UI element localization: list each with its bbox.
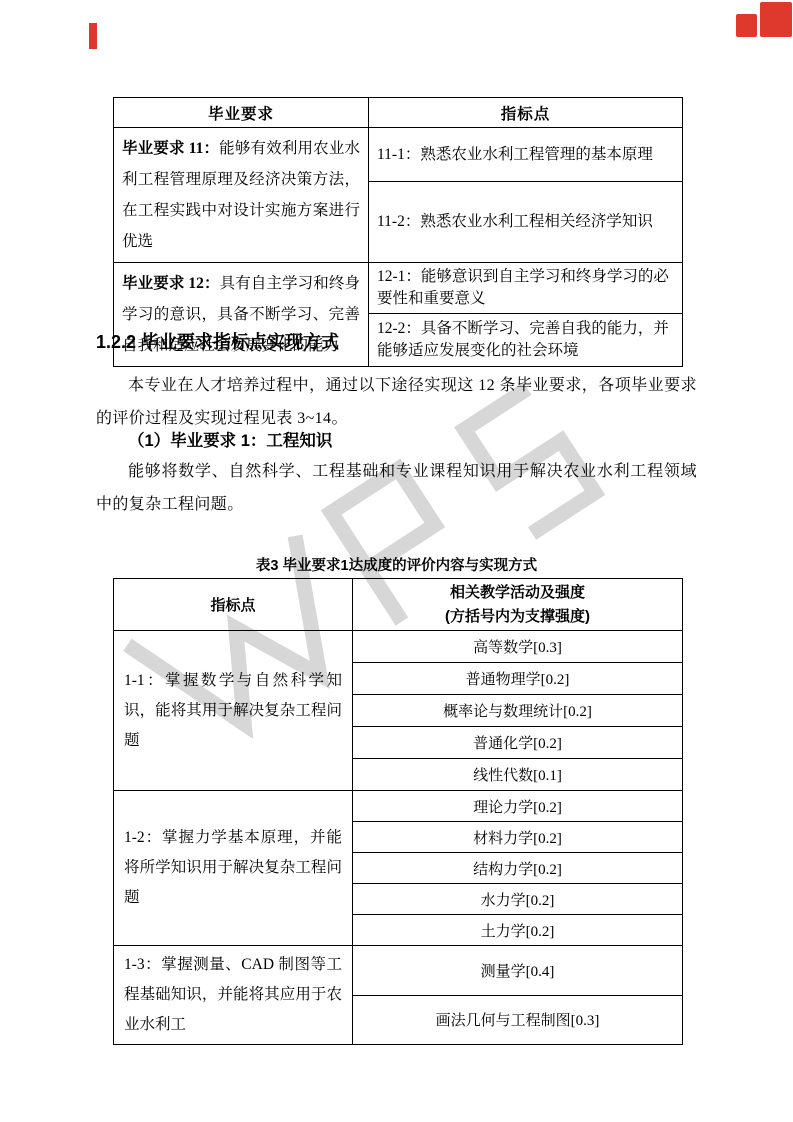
section-paragraph-1: 本专业在人才培养过程中，通过以下途径实现这 12 条毕业要求，各项毕业要求的评价… (96, 369, 697, 435)
top-right-red-mark-large (760, 2, 792, 37)
requirement-label: 毕业要求 11： (122, 140, 219, 157)
requirement-label: 毕业要求 12： (122, 275, 220, 292)
activity-cell: 高等数学[0.3] (353, 631, 683, 663)
activity-cell: 土力学[0.2] (353, 915, 683, 946)
indicator-cell-11-2: 11-2：熟悉农业水利工程相关经济学知识 (369, 182, 683, 263)
activity-cell: 线性代数[0.1] (353, 759, 683, 791)
t2-header-line2: (方括号内为支撑强度) (353, 605, 682, 629)
indicator-cell-1-1: 1-1：掌握数学与自然科学知识，能将其用于解决复杂工程问题 (114, 631, 353, 791)
section-heading: 1.2.2 毕业要求指标点实现方式 (96, 328, 696, 354)
t2-header-line1: 相关教学活动及强度 (353, 581, 682, 605)
t2-header-activities: 相关教学活动及强度 (方括号内为支撑强度) (353, 579, 683, 631)
indicator-cell-1-2: 1-2：掌握力学基本原理，并能将所学知识用于解决复杂工程问题 (114, 791, 353, 946)
activity-cell: 水力学[0.2] (353, 884, 683, 915)
activity-cell: 普通化学[0.2] (353, 727, 683, 759)
t1-header-requirement: 毕业要求 (114, 98, 369, 128)
activity-cell: 画法几何与工程制图[0.3] (353, 995, 683, 1045)
document-page: 毕业要求 指标点 毕业要求 11：能够有效利用农业水利工程管理原理及经济决策方法… (0, 0, 793, 1122)
evaluation-table: 指标点 相关教学活动及强度 (方括号内为支撑强度) 1-1：掌握数学与自然科学知… (113, 578, 683, 1045)
subsection-heading: （1）毕业要求 1：工程知识 (96, 427, 696, 451)
table3-caption: 表3 毕业要求1达成度的评价内容与实现方式 (96, 554, 697, 575)
activity-cell: 材料力学[0.2] (353, 822, 683, 853)
indicator-cell-1-3: 1-3：掌握测量、CAD 制图等工程基础知识，并能将其应用于农业水利工 (114, 946, 353, 1045)
top-right-red-mark-small (736, 14, 757, 37)
activity-cell: 结构力学[0.2] (353, 853, 683, 884)
indicator-cell-11-1: 11-1：熟悉农业水利工程管理的基本原理 (369, 128, 683, 182)
graduation-requirements-table: 毕业要求 指标点 毕业要求 11：能够有效利用农业水利工程管理原理及经济决策方法… (113, 97, 683, 367)
activity-cell: 测量学[0.4] (353, 946, 683, 996)
activity-cell: 普通物理学[0.2] (353, 663, 683, 695)
t2-header-indicator: 指标点 (114, 579, 353, 631)
requirement-cell-11: 毕业要求 11：能够有效利用农业水利工程管理原理及经济决策方法，在工程实践中对设… (114, 128, 369, 263)
section-paragraph-2: 能够将数学、自然科学、工程基础和专业课程知识用于解决农业水利工程领域中的复杂工程… (96, 455, 697, 521)
activity-cell: 概率论与数理统计[0.2] (353, 695, 683, 727)
left-edge-red-mark (89, 23, 97, 49)
activity-cell: 理论力学[0.2] (353, 791, 683, 822)
indicator-cell-12-1: 12-1：能够意识到自主学习和终身学习的必要性和重要意义 (369, 263, 683, 314)
t1-header-indicator: 指标点 (369, 98, 683, 128)
